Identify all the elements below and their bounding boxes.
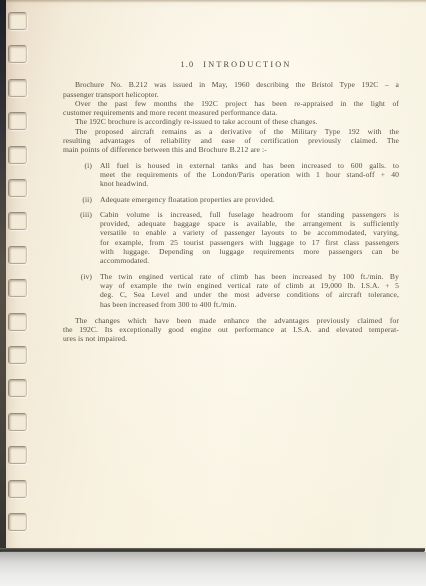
text-line: way of example the twin engined vertical… [100,281,399,290]
text-line: Adequate emergency floatation properties… [100,195,399,204]
binding-hole [8,45,27,63]
text-line: knot headwind. [100,179,399,188]
binding-hole [8,179,27,197]
paragraph: Over the past few months the 192C projec… [63,99,399,118]
text-line: the 192C. Its exceptionally good engine … [63,325,399,334]
text-line: The twin engined vertical rate of climb … [100,272,399,281]
text-line: All fuel is housed in external tanks and… [100,161,399,170]
text-line: Brochure No. B.212 was issued in May, 19… [63,80,399,89]
text-line: Cabin volume is increased, full fuselage… [100,210,399,219]
text-line: main points of difference between this a… [63,145,399,154]
binding-hole [8,413,27,431]
binding-hole [8,12,27,30]
text-line: for example, from 25 tourist passengers … [100,238,399,247]
binding-hole [8,513,27,531]
below-page-surface [0,552,426,586]
binding-hole [8,379,27,397]
paragraph: The proposed aircraft remains as a deriv… [63,127,399,155]
binding-hole [8,212,27,230]
scanned-page: 1.0INTRODUCTION Brochure No. B.212 was i… [0,0,426,552]
list-item: (iii)Cabin volume is increased, full fus… [63,210,399,266]
text-line: accommodated. [100,256,399,265]
binding-edge-strip [0,0,6,552]
document-content: 1.0INTRODUCTION Brochure No. B.212 was i… [63,60,399,344]
text-line: The proposed aircraft remains as a deriv… [63,127,399,136]
text-line: versatile to enable a variety of passeng… [100,228,399,237]
list-item-label: (iii) [63,210,92,219]
binding-hole [8,279,27,297]
list-item: (iv)The twin engined vertical rate of cl… [63,272,399,309]
binding-hole [8,446,27,464]
section-heading: 1.0INTRODUCTION [73,60,399,69]
text-line: has been increased from 300 to 400 ft./m… [100,300,399,309]
text-line: deg. C, Sea Level and under the most adv… [100,290,399,299]
list-item-label: (ii) [63,195,92,204]
list-item: (ii)Adequate emergency floatation proper… [63,195,399,204]
text-line: with luggage. Depending on luggage requi… [100,247,399,256]
list-item: (i)All fuel is housed in external tanks … [63,161,399,189]
list-item-label: (i) [63,161,92,170]
text-line: provided, adequate baggage space is avai… [100,219,399,228]
text-line: Over the past few months the 192C projec… [63,99,399,108]
list-item-label: (iv) [63,272,92,281]
text-line: ures is not impaired. [63,334,399,343]
binding-hole [8,480,27,498]
text-line: passenger transport helicopter. [63,90,399,99]
text-line: The changes which have been made enhance… [63,316,399,325]
heading-number: 1.0 [180,60,194,69]
binding-hole [8,146,27,164]
heading-title: INTRODUCTION [203,60,291,69]
binding-hole [8,346,27,364]
paragraph: Brochure No. B.212 was issued in May, 19… [63,80,399,99]
binding-hole [8,112,27,130]
text-line: customer requirements and more recent me… [63,108,399,117]
binding-hole [8,246,27,264]
paragraph: The 192C brochure is accordingly re-issu… [63,117,399,126]
scanned-document-screenshot: { "document": { "heading_number": "1.0",… [0,0,426,586]
binding-hole [8,79,27,97]
text-line: resulting advantages of reliability and … [63,136,399,145]
closing-paragraph: The changes which have been made enhance… [63,316,399,344]
text-line: The 192C brochure is accordingly re-issu… [63,117,399,126]
binding-hole [8,313,27,331]
document-body: Brochure No. B.212 was issued in May, 19… [63,80,399,343]
text-line: meet the requirements of the London/Pari… [100,170,399,179]
